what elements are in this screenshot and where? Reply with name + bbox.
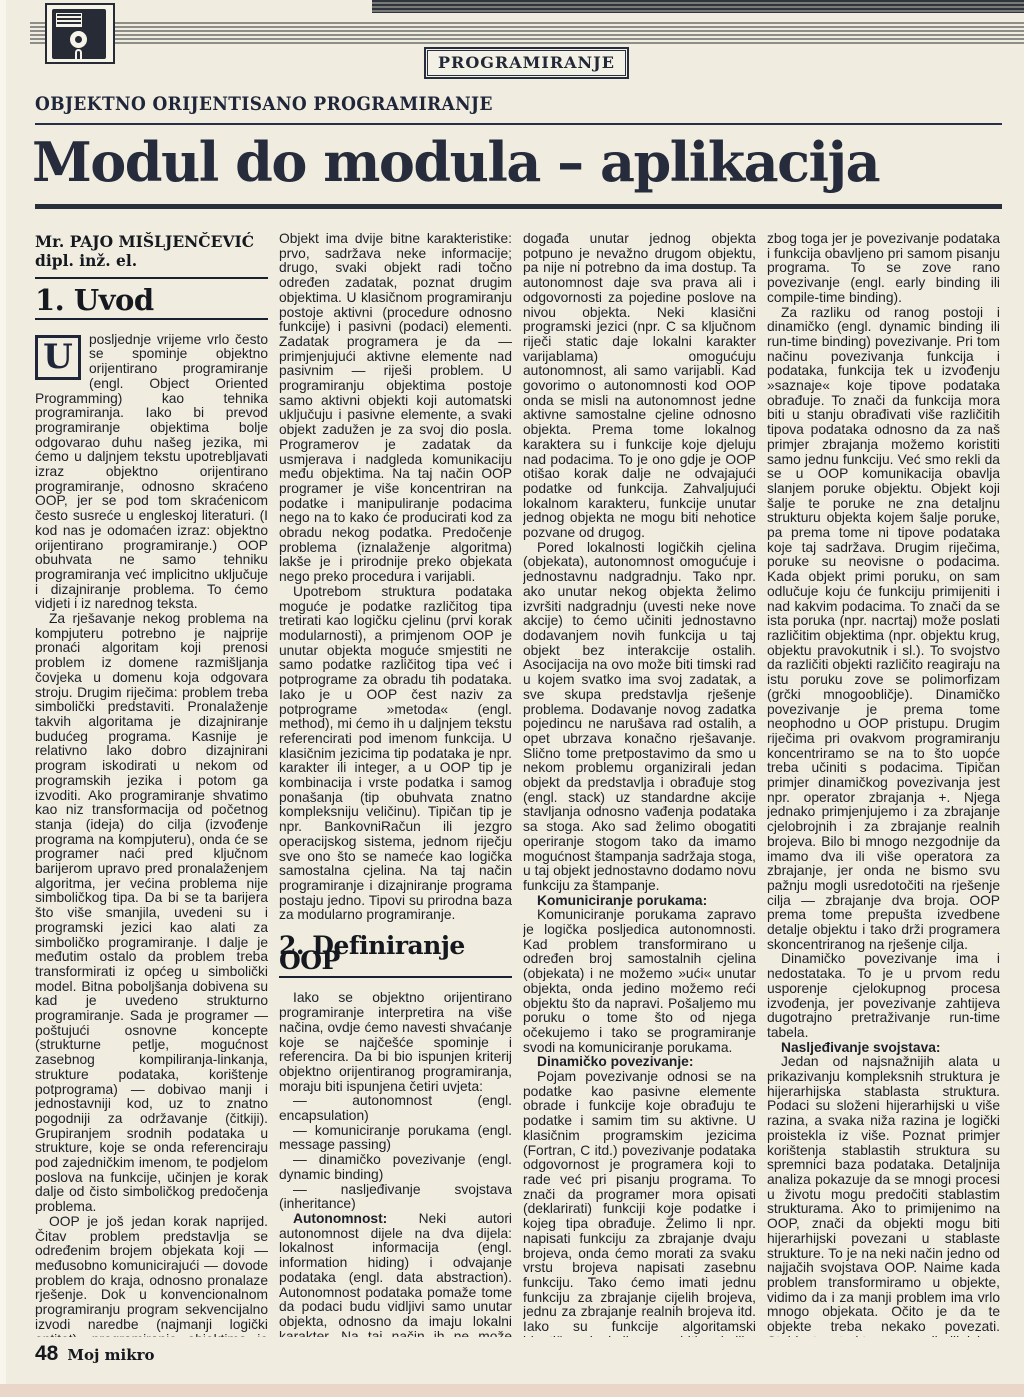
page-number: 48	[35, 1342, 58, 1366]
paragraph: Za razliku od ranog postoji i dinamičko …	[767, 306, 1000, 953]
drop-cap-letter: U	[43, 350, 73, 365]
paragraph: Iako se objektno orijentirano programira…	[279, 991, 512, 1094]
section-heading-definiranje: 2. Definiranje OOP	[279, 939, 512, 968]
paragraph: Jedan od najsnažnijih alata u prikazivan…	[767, 1055, 1000, 1337]
paragraph: Pojam povezivanje odnosi se na podatke k…	[523, 1070, 756, 1337]
page-footer: 48 Moj mikro	[35, 1342, 155, 1366]
list-item: — nasljeđivanje svojstava (inheritance)	[279, 1183, 512, 1212]
kicker-rule	[35, 123, 1002, 125]
page-top-edge	[372, 0, 1024, 13]
column-1: Mr. PAJO MIŠLJENČEVIĆ dipl. inž. el. 1. …	[35, 232, 268, 1337]
column-4: zbog toga jer je povezivanje podataka i …	[767, 232, 1000, 1337]
uvod-heading-rule	[35, 318, 268, 320]
magazine-name: Moj mikro	[67, 1346, 154, 1364]
floppy-disk-body	[52, 9, 106, 59]
page-bottom-edge	[0, 1384, 1024, 1397]
floppy-slot	[75, 49, 82, 62]
section-tag-label: PROGRAMIRANJE	[427, 50, 626, 76]
list-item: — komuniciranje porukama (engl. message …	[279, 1124, 512, 1153]
paragraph: Objekt ima dvije bitne karakteristike: p…	[279, 232, 512, 585]
paragraph: OOP je još jedan korak naprijed. Čitav p…	[35, 1215, 268, 1337]
section-tag-box: PROGRAMIRANJE	[424, 47, 629, 79]
definiranje-heading-rule	[279, 976, 512, 978]
byline-name: Mr. PAJO MIŠLJENČEVIĆ	[35, 232, 268, 251]
paragraph: Autonomnost: Neki autori autonomnost dij…	[279, 1212, 512, 1337]
column-2: Objekt ima dvije bitne karakteristike: p…	[279, 232, 512, 1337]
magazine-page: { "page": { "colors": { "paper": "#f0ecd…	[0, 0, 1024, 1397]
floppy-disk-icon	[45, 3, 115, 64]
section-heading-uvod: 1. Uvod	[35, 293, 268, 308]
inline-subheading: Autonomnost:	[293, 1211, 387, 1226]
floppy-label	[56, 13, 82, 27]
paragraph: Dinamičko povezivanje ima i nedostataka.…	[767, 952, 1000, 1040]
list-item: — autonomnost (engl. encapsulation)	[279, 1094, 512, 1123]
page-left-edge	[0, 0, 6, 1397]
byline-credentials: dipl. inž. el.	[35, 251, 268, 270]
list-item: — dinamičko povezivanje (engl. dynamic b…	[279, 1153, 512, 1182]
paragraph: Za rješavanje nekog problema na kompjute…	[35, 612, 268, 1215]
paragraph: Komuniciranje porukama zapravo je logičk…	[523, 908, 756, 1055]
article-kicker: OBJEKTNO ORIJENTISANO PROGRAMIRANJE	[35, 94, 493, 116]
subheading-nasljedivanje: Nasljeđivanje svojstava:	[767, 1041, 1000, 1056]
paragraph: zbog toga jer je povezivanje podataka i …	[767, 232, 1000, 306]
paragraph: događa unutar jednog objekta potpuno je …	[523, 232, 756, 541]
subheading-dinamicko: Dinamičko povezivanje:	[523, 1055, 756, 1070]
paragraph: Uposljednje vrijeme vrlo često se spomin…	[35, 333, 268, 612]
byline: Mr. PAJO MIŠLJENČEVIĆ dipl. inž. el.	[35, 232, 268, 270]
paragraph: Upotrebom struktura podataka moguće je p…	[279, 585, 512, 923]
drop-cap: U	[35, 335, 81, 380]
paragraph-text: Neki autori autonomnost dijele na dva di…	[279, 1211, 512, 1337]
column-3: događa unutar jednog objekta potpuno je …	[523, 232, 756, 1337]
floppy-hub-ring	[70, 31, 87, 48]
page-title: Modul do modula – aplikacija	[32, 130, 1012, 194]
byline-rule	[35, 277, 268, 279]
article-body: Mr. PAJO MIŠLJENČEVIĆ dipl. inž. el. 1. …	[35, 232, 1002, 1337]
paragraph: Pored lokalnosti logičkih cjelina (objek…	[523, 541, 756, 894]
title-rule	[35, 204, 1002, 209]
masthead-stripe-band	[30, 22, 1024, 44]
subheading-komuniciranje: Komuniciranje porukama:	[523, 894, 756, 909]
